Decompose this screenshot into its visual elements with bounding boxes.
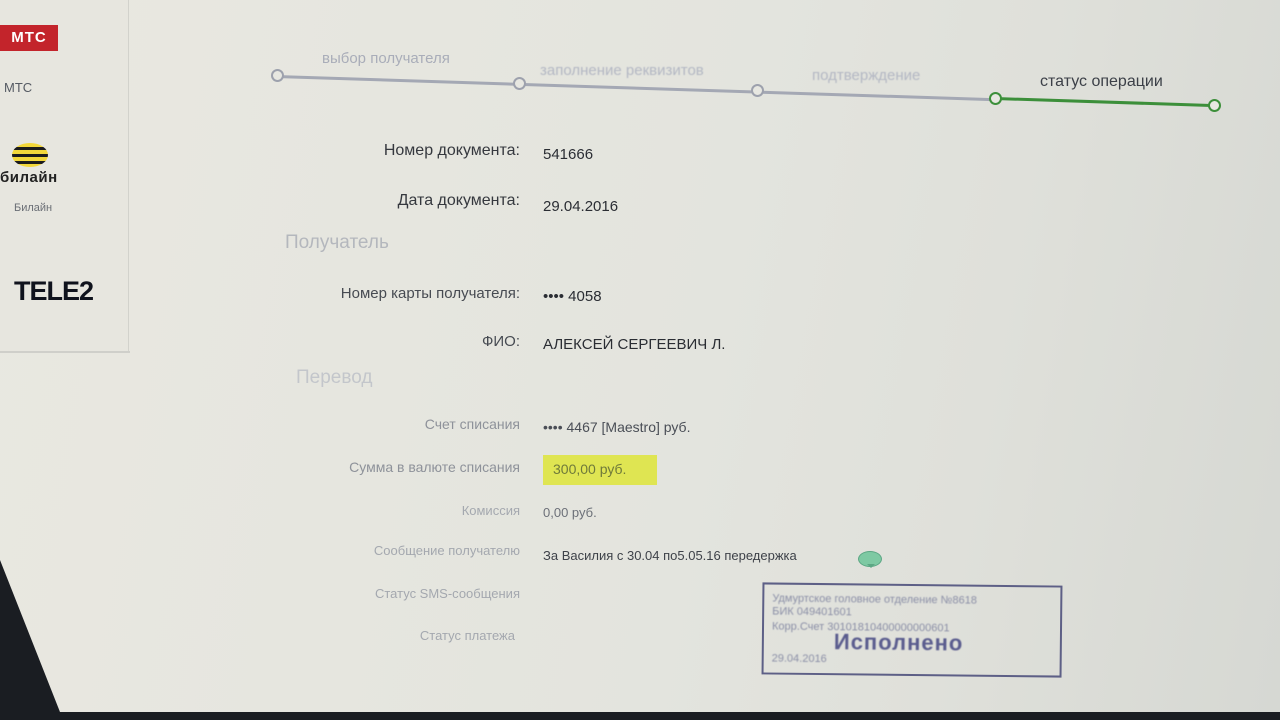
payment-status-label: Статус платежа [420,628,515,643]
recipient-name-value: АЛЕКСЕЙ СЕРГЕЕВИЧ Л. [543,336,725,353]
mts-label[interactable]: МТС [4,80,32,95]
document-date-row: Дата документа: 29.04.2016 [0,192,1280,216]
amount-highlight: 300,00 руб. [543,455,657,485]
message-label: Сообщение получателю [374,543,520,558]
debit-account-value: •••• 4467 [Maestro] руб. [543,419,690,435]
fee-row: Комиссия 0,00 руб. [0,503,1280,527]
message-value: За Василия с 30.04 по5.05.16 передержка [543,548,797,563]
step-fill-details: заполнение реквизитов [540,62,704,79]
step-confirmation: подтверждение [812,67,920,84]
step-dot-4 [989,92,1002,105]
step-dot-1 [271,69,284,82]
recipient-name-row: ФИО: АЛЕКСЕЙ СЕРГЕЕВИЧ Л. [0,333,1280,357]
fee-label: Комиссия [462,503,520,518]
amount-value: 300,00 руб. [553,461,626,477]
fee-value: 0,00 руб. [543,505,597,520]
step-operation-status: статус операции [1040,73,1163,91]
progress-stepper: выбор получателя заполнение реквизитов п… [270,44,1230,114]
amount-label: Сумма в валюте списания [349,459,520,475]
recipient-card-value: •••• 4058 [543,288,602,305]
debit-account-row: Счет списания •••• 4467 [Maestro] руб. [0,416,1280,440]
step-select-recipient: выбор получателя [322,50,450,67]
debit-account-label: Счет списания [425,416,520,432]
stamp-date: 29.04.2016 [772,653,827,666]
recipient-section-title: Получатель [285,232,389,254]
stamp-bik: БИК 049401601 [772,606,852,619]
document-number-row: Номер документа: 541666 [0,142,1280,166]
document-date-label: Дата документа: [398,192,520,210]
document-number-label: Номер документа: [384,142,520,160]
stamp-status: Исполнено [834,629,964,656]
mts-logo[interactable]: МТС [0,25,58,51]
message-bubble-icon[interactable] [858,551,882,567]
sms-status-row: Статус SMS-сообщения [0,586,1280,610]
message-row: Сообщение получателю За Василия с 30.04 … [0,543,1280,567]
document-number-value: 541666 [543,146,593,163]
recipient-card-row: Номер карты получателя: •••• 4058 [0,285,1280,309]
stamp-branch: Удмуртское головное отделение №8618 [772,593,977,607]
screen: МТС МТС билайн Билайн TELE2 выбор получа… [0,0,1280,712]
step-dot-2 [513,77,526,90]
stepper-track-active [995,97,1215,107]
step-dot-5 [1208,99,1221,112]
transfer-section-title: Перевод [296,367,372,389]
sms-status-label: Статус SMS-сообщения [375,586,520,601]
recipient-name-label: ФИО: [482,333,520,350]
bank-stamp: Удмуртское головное отделение №8618 БИК … [762,582,1063,677]
step-dot-3 [751,84,764,97]
payment-status-row: Статус платежа [0,628,1280,652]
document-date-value: 29.04.2016 [543,198,618,215]
recipient-card-label: Номер карты получателя: [341,285,520,302]
beeline-logo-text[interactable]: билайн [0,169,58,186]
